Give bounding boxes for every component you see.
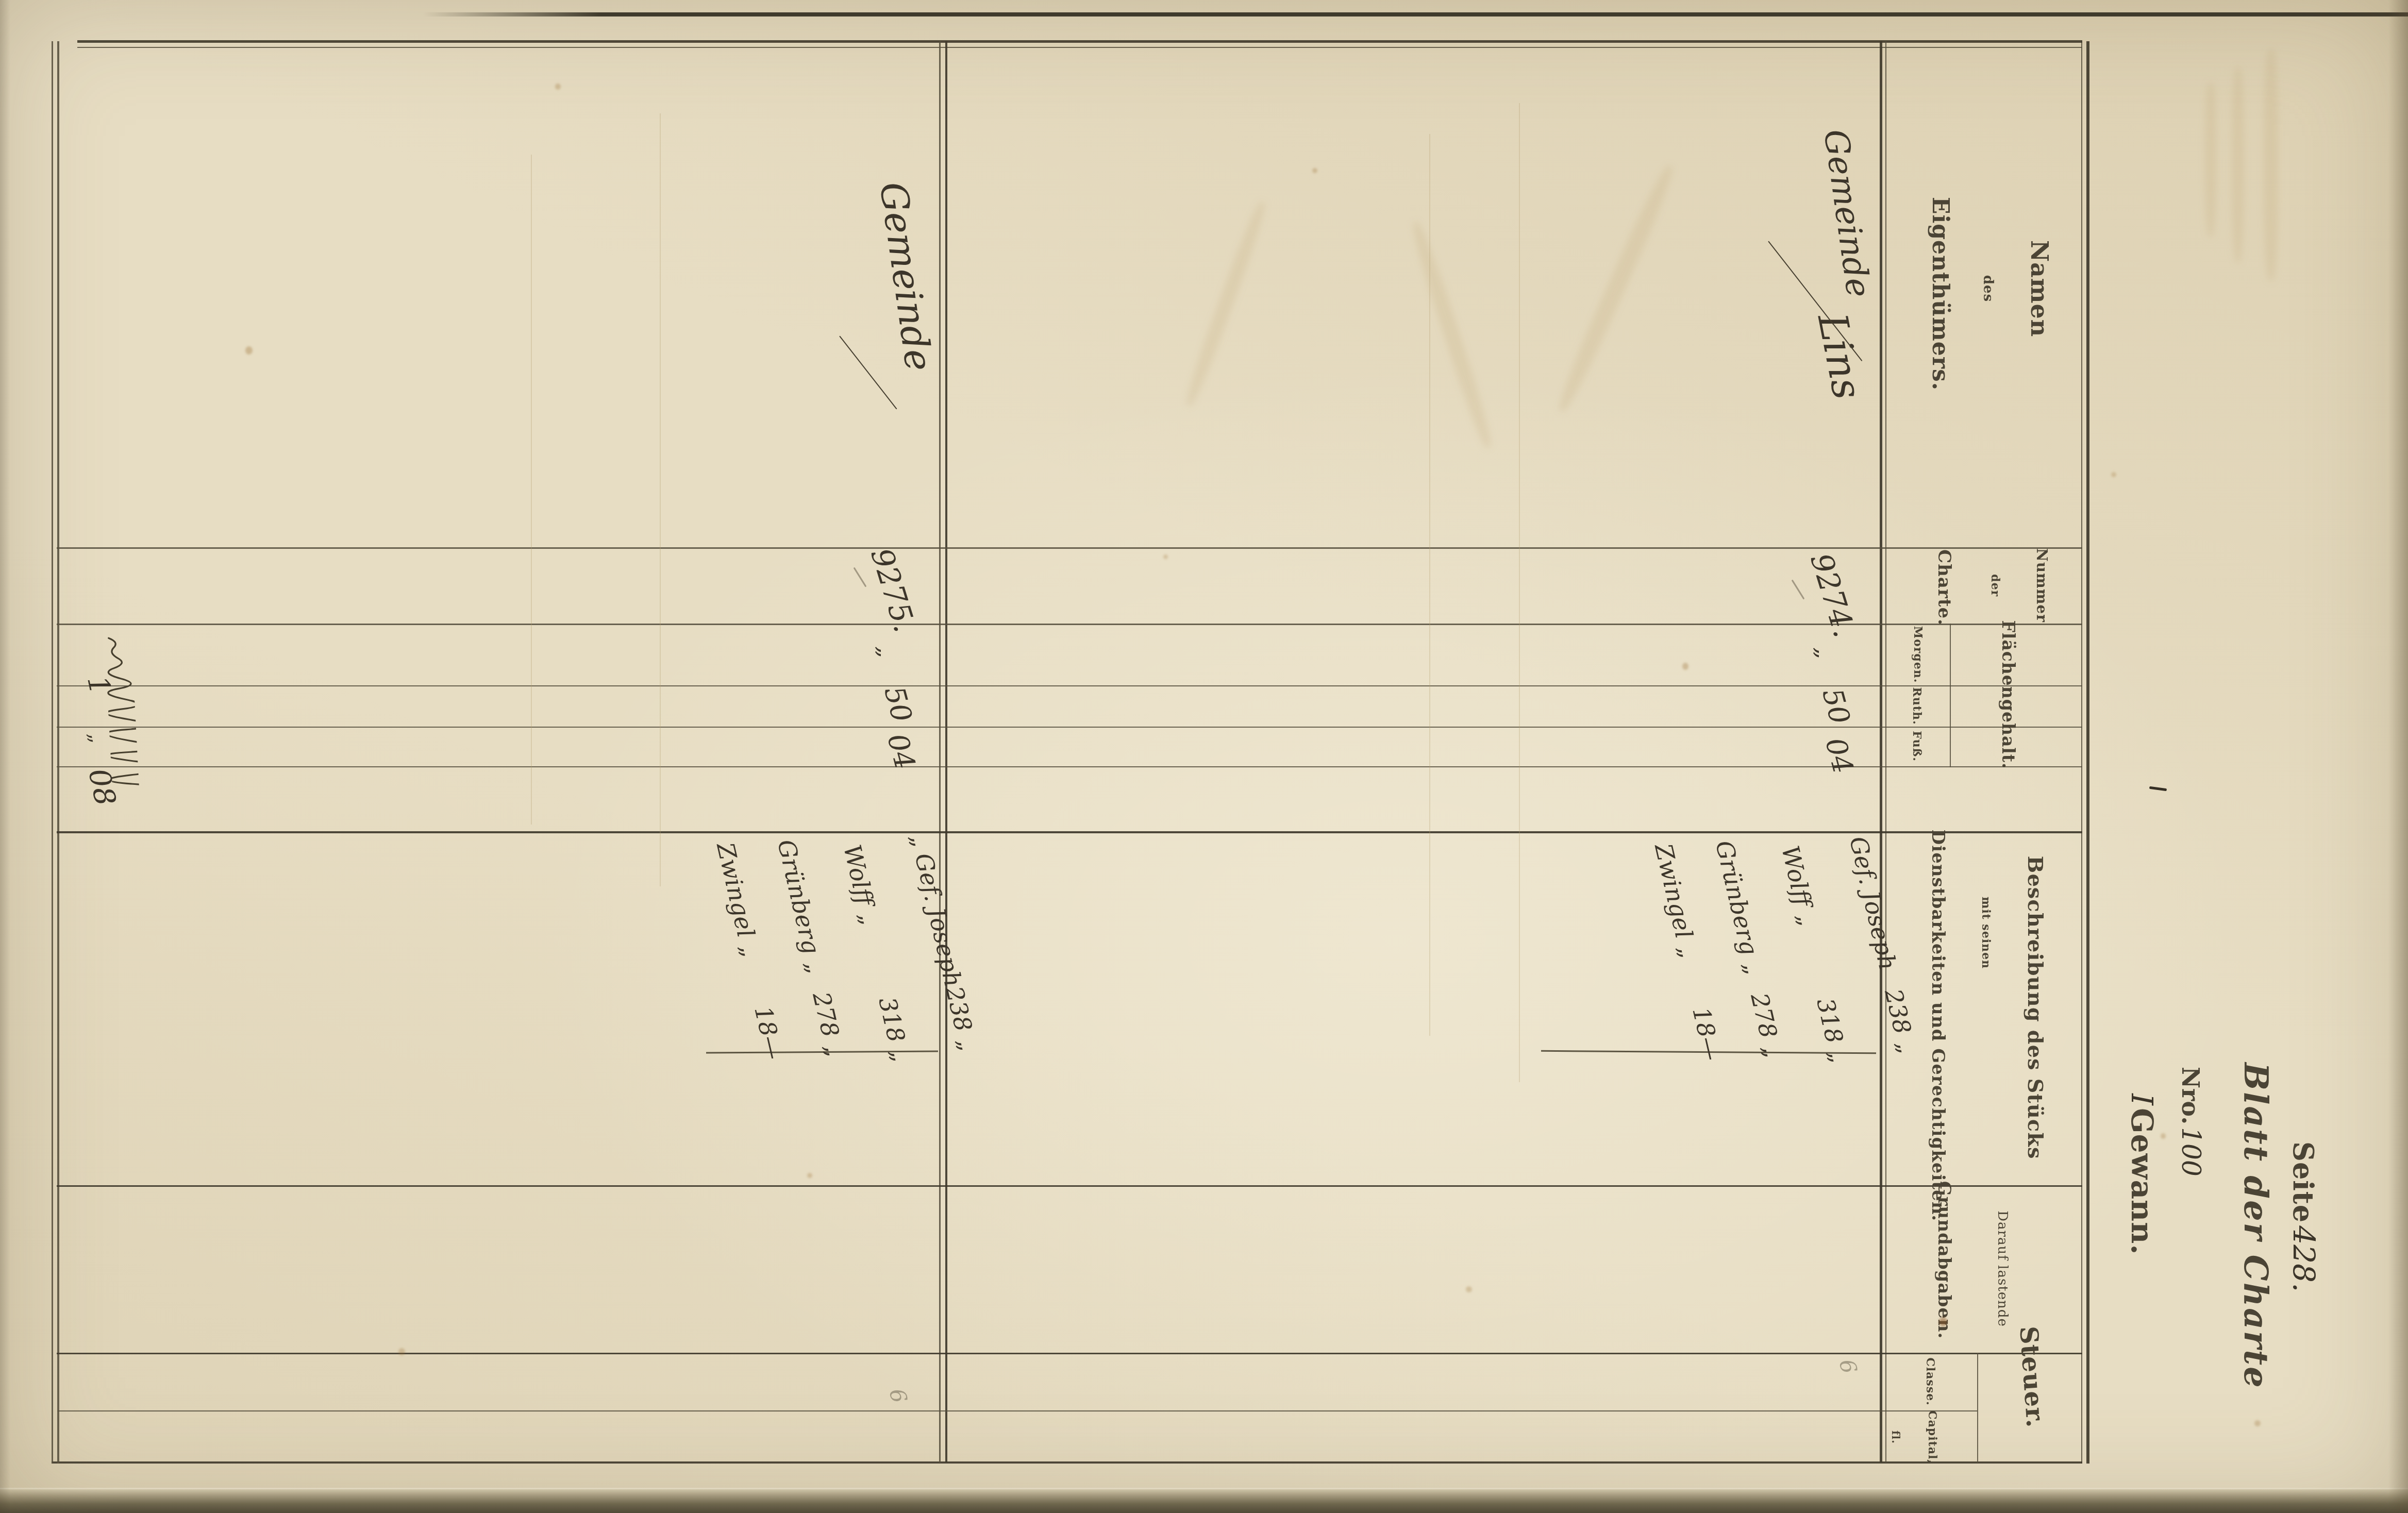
header-fuss: Fuß.: [1910, 731, 1924, 762]
foxing-spot: [2111, 472, 2116, 477]
foxing-spot: [555, 83, 561, 90]
foxing-spot: [2161, 1133, 2166, 1139]
row2-neighbor2-name: Wolff „: [838, 842, 883, 928]
row1-morgen: „: [1811, 647, 1837, 659]
col-line-namen-nummer: [57, 547, 2082, 549]
portrait-page: Seite 428. Blatt der Charte Nro. 100 I G…: [0, 0, 2408, 1513]
row-divider-inner: [939, 41, 941, 1462]
scan-top-dark-line: [423, 12, 2408, 16]
header-mit-seinen: mit seinen: [1979, 897, 1993, 969]
table-top-border-outer: [2086, 41, 2089, 1464]
bleedthrough-smudge: [2232, 67, 2244, 263]
blatt-der-charte-line: Blatt der Charte: [2236, 1063, 2275, 1389]
header-nummer-der: der: [1988, 574, 2002, 597]
foxing-spot: [1312, 168, 1317, 173]
steuer-sub-divider: [1977, 1353, 1978, 1462]
table-bottom-border-outer: [57, 41, 59, 1464]
col-line-ruth-fuss: [57, 727, 2082, 728]
row1-neighbor4-number: 18—: [1687, 1004, 1726, 1063]
row1-owner2: Lins: [1809, 310, 1870, 403]
bleedthrough-flourish: [1408, 220, 1496, 450]
nro-line: Nro. 100: [2176, 1067, 2206, 1176]
row1-desc-line4: Zwingel „ 18—: [1649, 841, 1726, 1063]
row1-neighbor4-name: Zwingel „: [1649, 841, 1702, 961]
gewann-numeral: I: [2125, 1094, 2160, 1105]
nro-number: 100: [2176, 1127, 2206, 1176]
row1-charte-number: 9274.: [1803, 549, 1862, 642]
row2-desc-line3: Grünberg „ 278 „: [772, 837, 849, 1059]
row1-ruth: 50: [1816, 685, 1857, 728]
row1-desc-line3: Grünberg „ 278 „: [1710, 838, 1787, 1060]
foxing-spot-dark: [1939, 1317, 1947, 1326]
col-line-beschreibung-grund: [57, 1185, 2082, 1187]
sum-ruth-ditto: „: [83, 729, 109, 745]
header-namen-des: des: [1980, 275, 1996, 302]
bleedthrough-smudge: [2205, 82, 2216, 237]
row2-desc-line1: „ Gef. Joseph 238 „: [905, 831, 982, 1053]
col-line-beschreibung-start: [57, 831, 2082, 833]
gewann-line: I Gewann.: [2125, 1094, 2160, 1255]
row2-neighbor3-number: 278 „: [807, 989, 849, 1059]
header-capital: Capital,: [1926, 1410, 1939, 1464]
scan-right-edge-shadow: [2388, 0, 2408, 1513]
seite-label: Seite: [2287, 1141, 2320, 1223]
row2-pencil-tick: [854, 567, 867, 587]
bleedthrough-flourish: [1182, 200, 1269, 408]
header-beschreibung: Beschreibung des Stücks: [2023, 856, 2047, 1159]
row1-neighbor2-number: 318 „: [1811, 996, 1853, 1065]
col-line-fuss-end: [57, 766, 2082, 767]
row2-neighbor4-name: Zwingel „: [711, 840, 764, 960]
header-darauf-lastende: Darauf lastende: [1995, 1211, 2010, 1327]
row2-morgen: „: [873, 646, 899, 658]
foxing-spot: [1466, 1286, 1472, 1292]
row1-neighbor1-name: Gef. Joseph: [1844, 834, 1902, 973]
row2-neighbor1-name: „ Gef. Joseph: [905, 831, 967, 989]
scan-left-edge-shadow: [0, 0, 10, 1513]
header-classe: Classe.: [1924, 1357, 1937, 1406]
row2-name-flourish: [839, 335, 897, 409]
scanned-ledger-page: Seite 428. Blatt der Charte Nro. 100 I G…: [0, 0, 2408, 1513]
row1-neighbor3-number: 278 „: [1745, 990, 1787, 1060]
row1-neighbor2-name: Wolff „: [1776, 843, 1821, 929]
header-bottom-line-thick: [1880, 41, 1882, 1462]
table-bottom-border-inner: [52, 41, 53, 1464]
table-top-border-inner: [2081, 41, 2082, 1464]
seite-number: 428.: [2286, 1225, 2321, 1292]
foxing-spot: [1163, 554, 1168, 559]
row2-neighbor2-number: 318 „: [873, 995, 915, 1064]
seite-line: Seite 428.: [2286, 1141, 2321, 1292]
col-line-classe-capital: [58, 1410, 1977, 1411]
bleedthrough-flourish: [1553, 163, 1679, 415]
row1-owner: Gemeinde: [1816, 127, 1878, 299]
nro-label: Nro.: [2177, 1067, 2204, 1124]
header-steuer: Steuer.: [2014, 1325, 2050, 1429]
col-line-grund-steuer: [57, 1353, 2082, 1354]
col-line-nummer-flaeche: [57, 624, 2082, 625]
blatt-der-charte-text: Blatt der Charte: [2236, 1063, 2275, 1389]
header-grundabgaben: Grundabgaben.: [1934, 1181, 1954, 1339]
row1-classe-pencil-mark: 6: [1834, 1356, 1862, 1376]
header-eigenthuemers: Eigenthümers.: [1927, 197, 1953, 391]
foxing-spot: [1682, 663, 1688, 670]
row1-fuss: 04: [1819, 734, 1860, 777]
table-left-border-outer: [77, 40, 2082, 43]
row1-neighbor3-name: Grünberg „: [1710, 838, 1768, 977]
col-line-morgen-ruth: [57, 685, 2082, 686]
foxing-spot: [398, 1348, 405, 1355]
row2-neighbor3-name: Grünberg „: [772, 837, 830, 976]
ruling-ghost-line: [1519, 103, 1520, 1082]
foxing-spot: [2254, 1420, 2261, 1426]
row2-desc-line4: Zwingel „ 18—: [711, 840, 788, 1062]
row-divider-outer: [945, 41, 947, 1462]
row1-desc-line1: Gef. Joseph 238 „: [1844, 834, 1921, 1056]
ruling-ghost-line: [531, 155, 532, 825]
ruling-ghost-line: [1429, 134, 1430, 1036]
header-capital-fl: fl.: [1889, 1431, 1902, 1444]
row1-pencil-tick: [1792, 580, 1805, 600]
table-right-border: [52, 1461, 2082, 1464]
header-namen: Namen: [2026, 240, 2053, 337]
header-bottom-line-thin: [1885, 41, 1886, 1462]
scan-bottom-dark-strip: [0, 1489, 2408, 1513]
ruling-ghost-line: [660, 113, 661, 886]
row2-ruth: 50: [878, 683, 918, 726]
row1-desc-line2: Wolff „ 318 „: [1776, 843, 1853, 1065]
row2-desc-line2: Wolff „ 318 „: [838, 842, 915, 1064]
row2-owner: Gemeinde: [872, 179, 941, 374]
gewann-label: Gewann.: [2125, 1108, 2160, 1255]
row2-classe-pencil-mark: 6: [884, 1386, 912, 1405]
flaeche-sub-divider: [1950, 624, 1951, 767]
foxing-spot: [807, 1173, 812, 1178]
header-morgen: Morgen.: [1911, 626, 1925, 683]
header-nummer: Nummer: [2033, 548, 2050, 623]
header-dienstbarkeiten: Dienstbarkeiten und Gerechtigkeiten.: [1928, 830, 1948, 1221]
table-left-border-inner: [77, 47, 2082, 48]
header-flaechengehalt: Flächengehalt.: [1998, 620, 2018, 769]
row2-charte-number: 9275.: [864, 544, 923, 636]
stray-ink-mark: [2149, 786, 2167, 792]
foxing-spot: [245, 346, 253, 355]
bleedthrough-smudge: [2264, 49, 2278, 281]
header-charte: Charte.: [1934, 549, 1954, 626]
header-ruth: Ruth.: [1910, 687, 1924, 725]
